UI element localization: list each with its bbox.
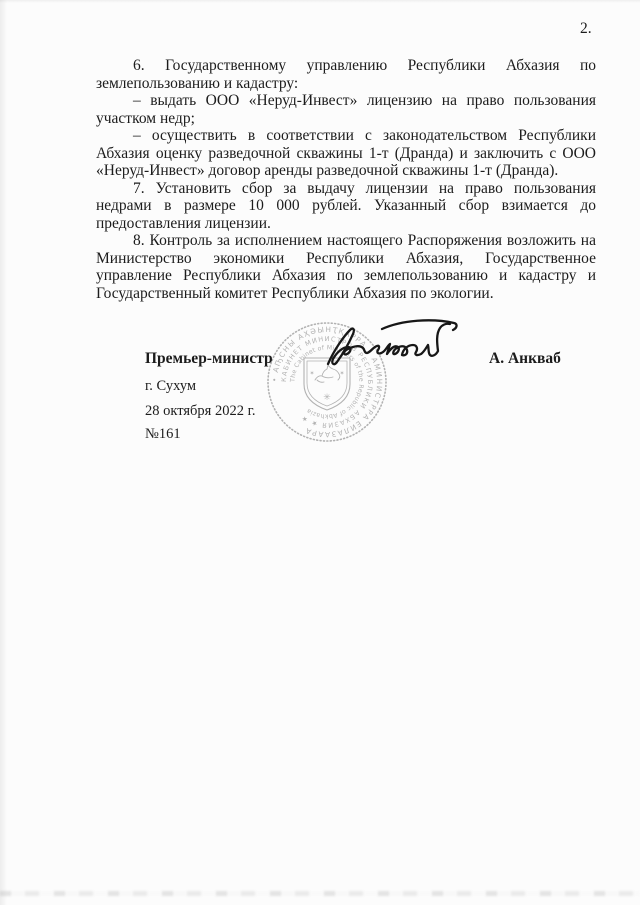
document-body: 6. Государственному управлению Республик…: [96, 57, 596, 302]
body-line-3: – выдать ООО «Неруд-Инвест» лицензию на …: [96, 92, 596, 110]
document-date: 28 октября 2022 г.: [145, 403, 256, 420]
body-line-2: землепользованию и кадастру:: [96, 75, 596, 93]
body-line-5: – осуществить в соответствии с законодат…: [96, 127, 596, 145]
seal-star-right-icon: ✶: [339, 370, 344, 377]
body-line-7: «Неруд-Инвест» договор аренды разведочно…: [96, 162, 596, 180]
document-page: 2. 6. Государственному управлению Респуб…: [0, 0, 640, 905]
document-number: №161: [145, 426, 181, 443]
document-city: г. Сухум: [145, 378, 196, 395]
body-line-8: 7. Установить сбор за выдачу лицензии на…: [96, 180, 596, 198]
body-line-11: 8. Контроль за исполнением настоящего Ра…: [96, 232, 596, 250]
signer-title: Премьер-министр: [145, 350, 273, 368]
page-number: 2.: [580, 20, 592, 38]
signature-strokes: [328, 320, 457, 364]
body-line-14: Государственный комитет Республики Абхаз…: [96, 285, 596, 303]
seal-star-bottom-icon: ✳: [323, 393, 331, 403]
body-line-1: 6. Государственному управлению Республик…: [96, 57, 596, 75]
scan-edge-left: [0, 0, 7, 905]
body-line-6: Абхазия оценку разведочной скважины 1-т …: [96, 145, 596, 163]
seal-star-left-icon: ✶: [309, 370, 314, 377]
signer-name: А. Анкваб: [489, 350, 561, 368]
scan-edge-top: [0, 0, 640, 3]
handwritten-signature: [296, 310, 468, 368]
body-line-12: Министерство экономики Республики Абхази…: [96, 250, 596, 268]
body-line-13: управление Республики Абхазия по землепо…: [96, 267, 596, 285]
body-line-10: предоставления лицензии.: [96, 215, 596, 233]
scan-edge-bottom: [0, 891, 640, 896]
body-line-4: участком недр;: [96, 110, 596, 128]
signature-flourish-stroke: [382, 320, 457, 330]
signature-main-stroke: [328, 324, 450, 364]
body-line-9: недрами в размере 10 000 рублей. Указанн…: [96, 197, 596, 215]
